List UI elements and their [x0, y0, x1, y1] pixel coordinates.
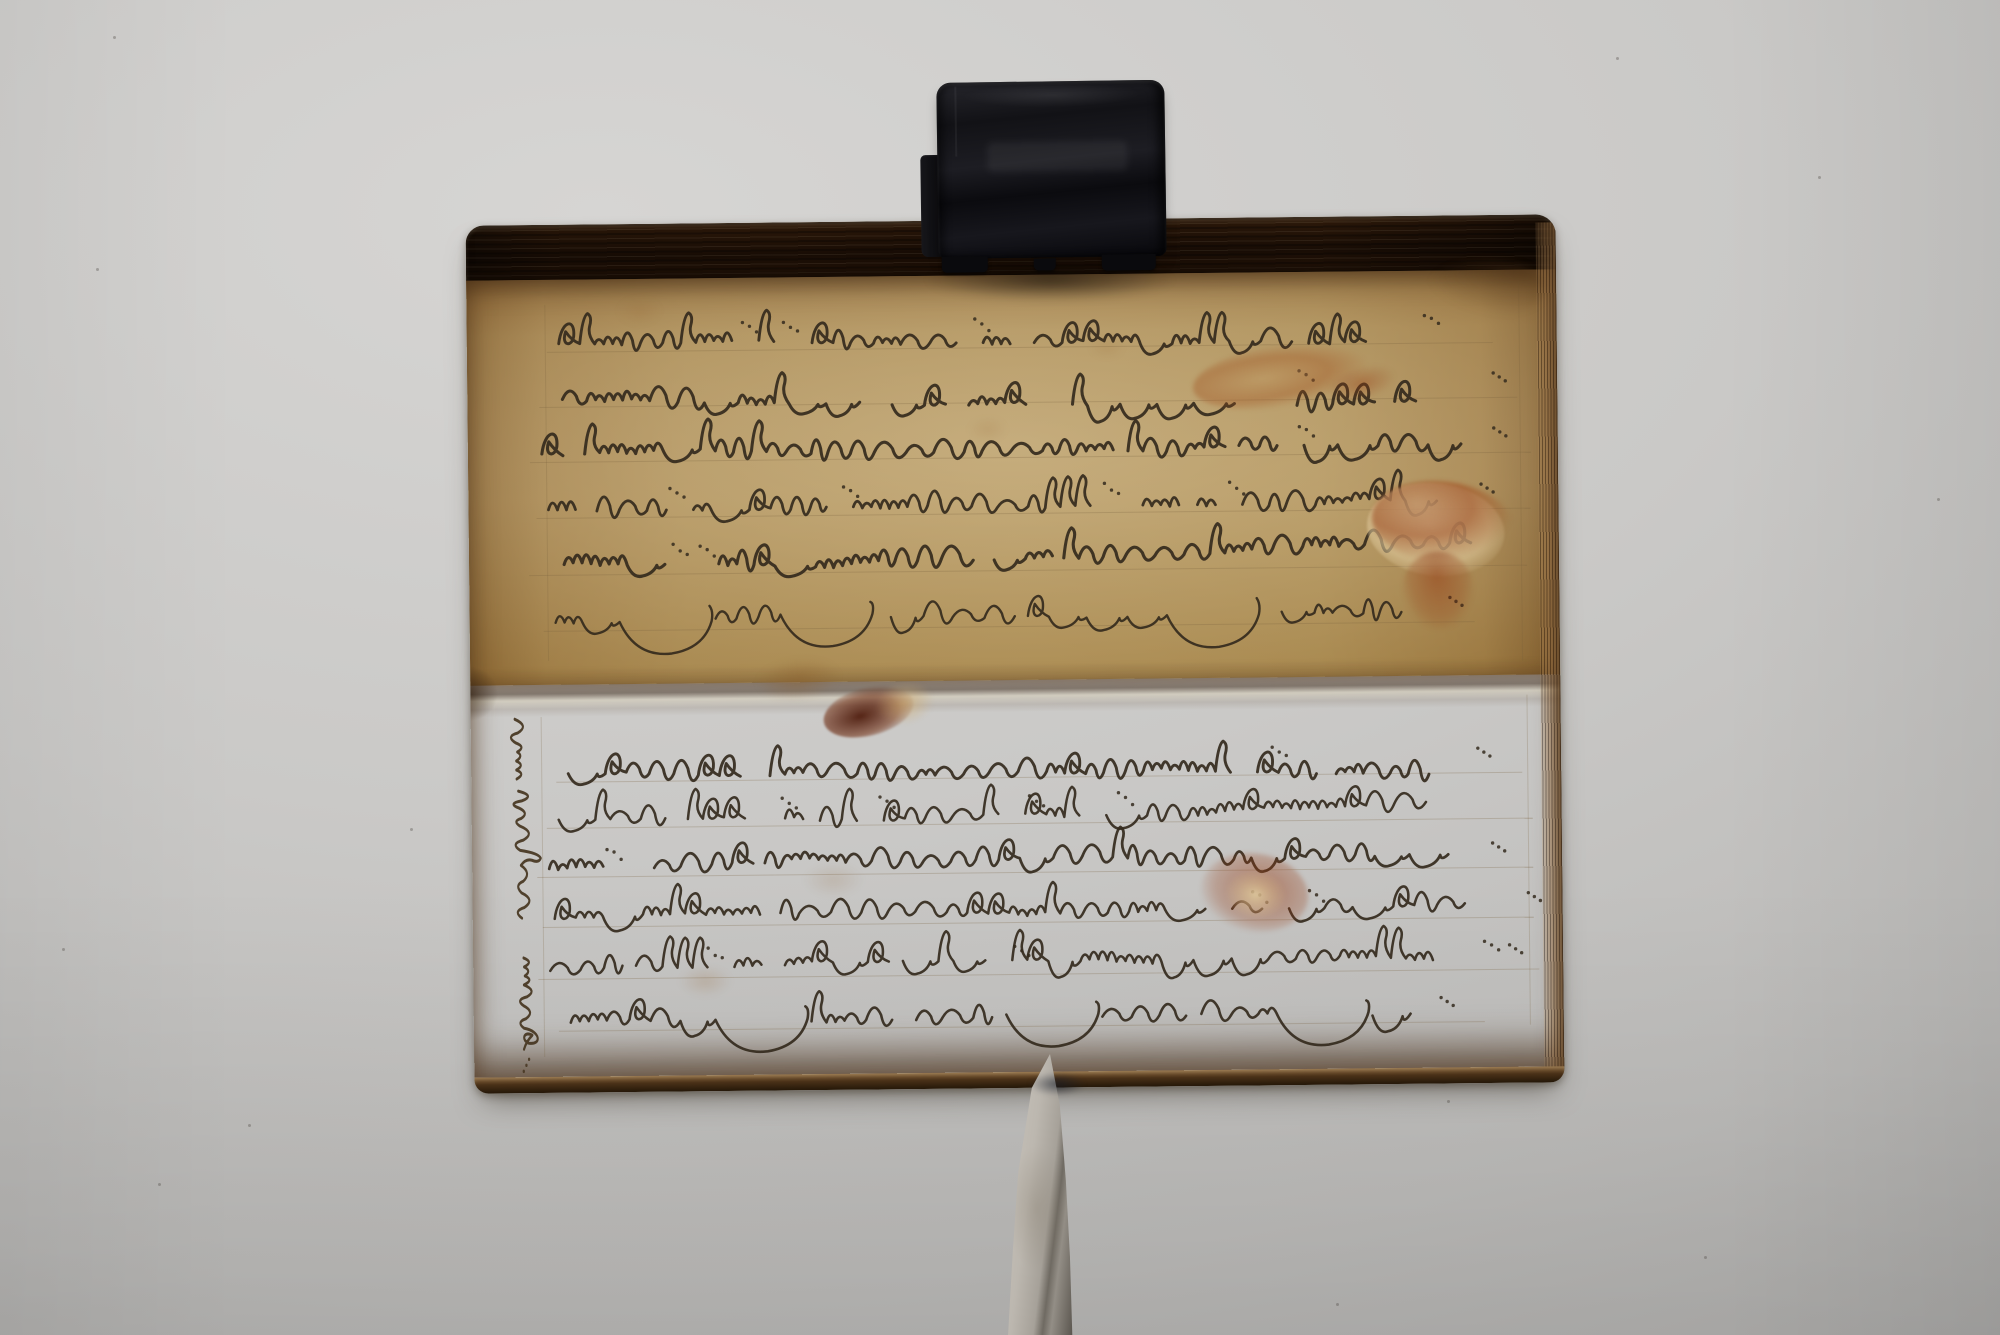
dust-speck: [62, 948, 65, 951]
dust-speck: [1616, 57, 1619, 60]
handwritten-line-lower-6: [568, 969, 1469, 1078]
dust-speck: [248, 1124, 251, 1127]
ink-smudge-at-blade-tip: [1028, 1072, 1086, 1096]
frame-guideline: [1526, 695, 1530, 1025]
photo-stage: [0, 0, 2000, 1335]
handwritten-line-upper-6: [553, 569, 1459, 678]
clip-foot-middle: [1034, 258, 1056, 270]
dust-speck: [96, 268, 99, 271]
dust-speck: [1704, 1256, 1707, 1259]
dust-speck: [1818, 176, 1821, 179]
dust-speck: [1336, 1303, 1339, 1306]
dust-speck: [1447, 1100, 1450, 1103]
dust-speck: [158, 1183, 161, 1186]
margin-note-vertical: [491, 717, 563, 1070]
dust-speck: [1937, 498, 1940, 501]
clip-foot-right: [1102, 254, 1156, 271]
handwriting-layer: [465, 214, 1564, 1093]
clip-embossed-logo-highlight: [987, 140, 1127, 172]
manuscript-book: [465, 214, 1564, 1093]
clip-foot-left: [942, 256, 988, 273]
dust-speck: [410, 828, 413, 831]
dust-speck: [113, 36, 116, 39]
frame-guideline: [1518, 281, 1523, 661]
